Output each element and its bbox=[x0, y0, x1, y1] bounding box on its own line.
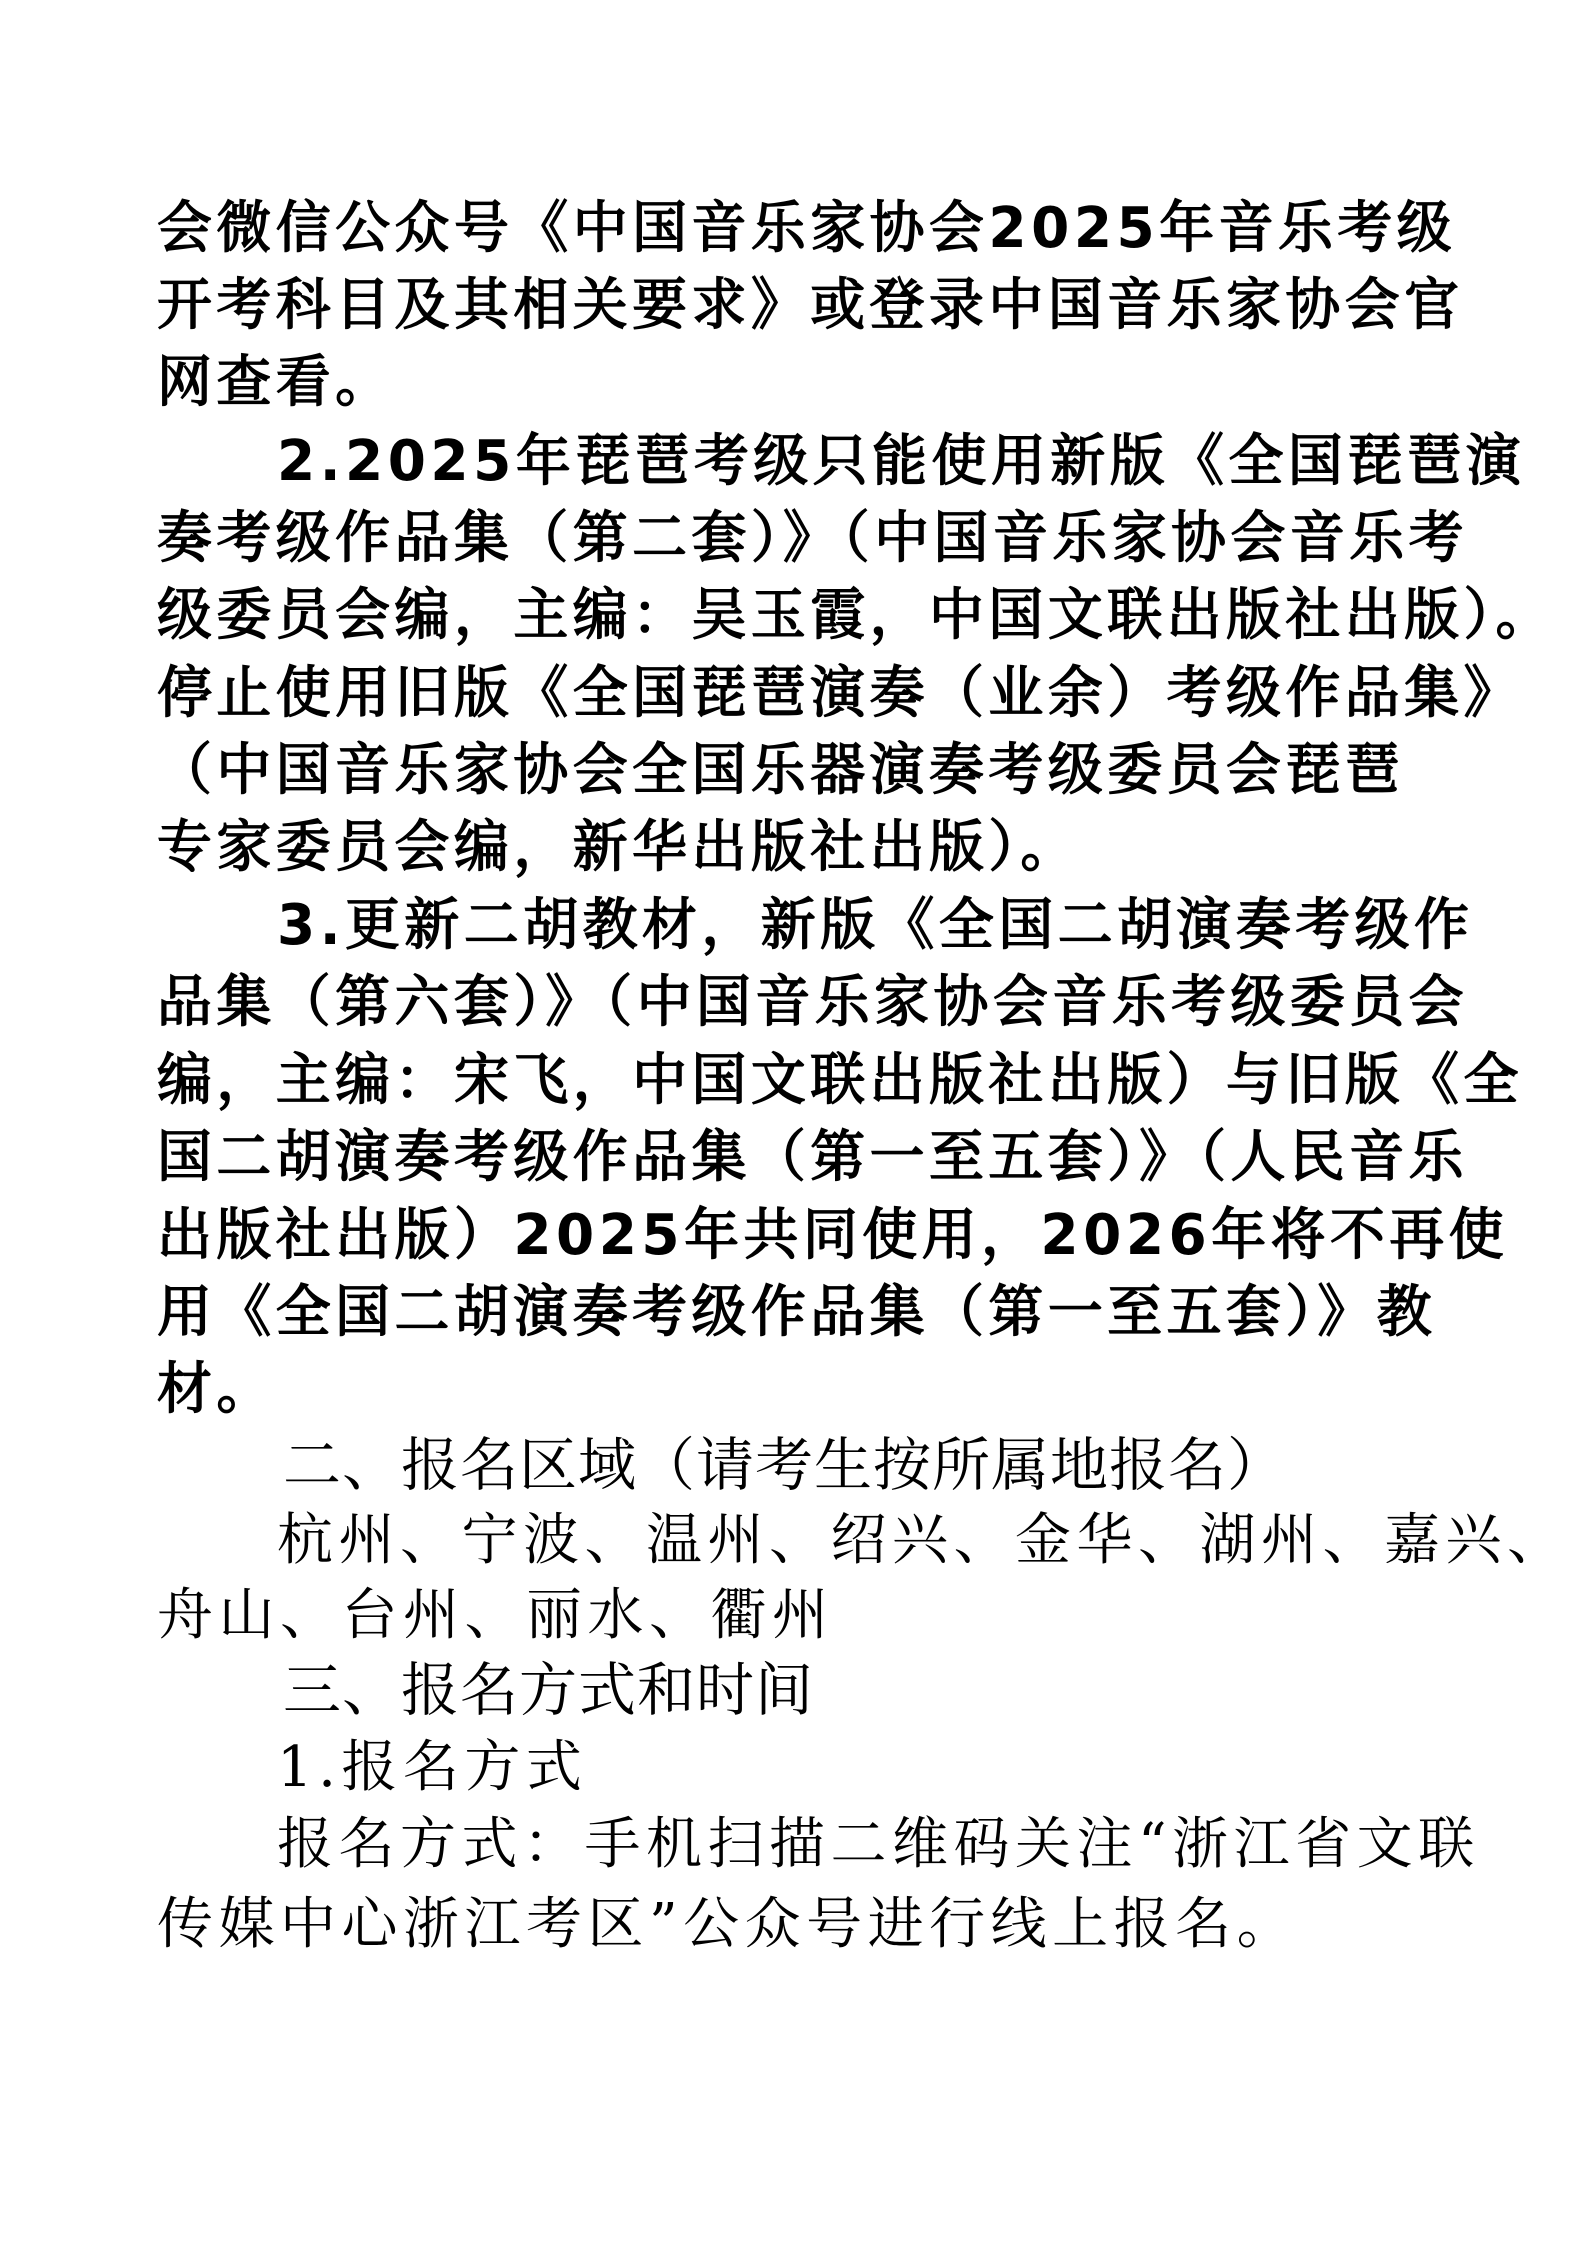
section-3-subheading: 1.报名方式 bbox=[277, 1729, 1437, 1807]
paragraph-1-line-2: 开考科目及其相关要求》或登录中国音乐家协会官 bbox=[157, 267, 1411, 345]
document-page: 会微信公众号《中国音乐家协会2025年音乐考级 开考科目及其相关要求》或登录中国… bbox=[0, 0, 1587, 2245]
regions-line-1: 杭州、宁波、温州、绍兴、金华、湖州、嘉兴、 bbox=[277, 1502, 1437, 1580]
paragraph-3-line-4: 国二胡演奏考级作品集（第一至五套）》（人民音乐 bbox=[157, 1119, 1411, 1197]
paragraph-3-line-3: 编，主编：宋飞，中国文联出版社出版）与旧版《全 bbox=[157, 1042, 1411, 1120]
paragraph-2-line-2: 奏考级作品集（第二套）》（中国音乐家协会音乐考 bbox=[157, 500, 1411, 578]
paragraph-2-line-4: 停止使用旧版《全国琵琶演奏（业余）考级作品集》 bbox=[157, 655, 1411, 733]
registration-method-line-1: 报名方式：手机扫描二维码关注“浙江省文联 bbox=[277, 1806, 1437, 1884]
paragraph-3-line-1: 3.更新二胡教材，新版《全国二胡演奏考级作 bbox=[277, 887, 1414, 965]
paragraph-3-line-7: 材。 bbox=[157, 1351, 1411, 1429]
paragraph-1-line-1: 会微信公众号《中国音乐家协会2025年音乐考级 bbox=[157, 190, 1411, 268]
paragraph-1-line-3: 网查看。 bbox=[157, 344, 1411, 422]
section-3-heading: 三、报名方式和时间 bbox=[283, 1645, 814, 1735]
paragraph-2-line-1: 2.2025年琵琶考级只能使用新版《全国琵琶演 bbox=[277, 423, 1414, 501]
paragraph-3-line-5: 出版社出版）2025年共同使用，2026年将不再使 bbox=[157, 1197, 1411, 1275]
paragraph-3-line-2: 品集（第六套）》（中国音乐家协会音乐考级委员会 bbox=[157, 964, 1411, 1042]
section-2-heading: 二、报名区域（请考生按所属地报名） bbox=[283, 1420, 1286, 1510]
paragraph-3-line-6: 用《全国二胡演奏考级作品集（第一至五套）》教 bbox=[157, 1274, 1411, 1352]
paragraph-2-line-3: 级委员会编，主编：吴玉霞，中国文联出版社出版）。 bbox=[157, 577, 1411, 655]
registration-method-line-2: 传媒中心浙江考区”公众号进行线上报名。 bbox=[157, 1886, 1437, 1964]
paragraph-2-line-6: 专家委员会编，新华出版社出版）。 bbox=[157, 809, 1411, 887]
regions-line-2: 舟山、台州、丽水、衢州 bbox=[157, 1577, 1437, 1655]
paragraph-2-line-5: （中国音乐家协会全国乐器演奏考级委员会琵琶 bbox=[157, 732, 1411, 810]
